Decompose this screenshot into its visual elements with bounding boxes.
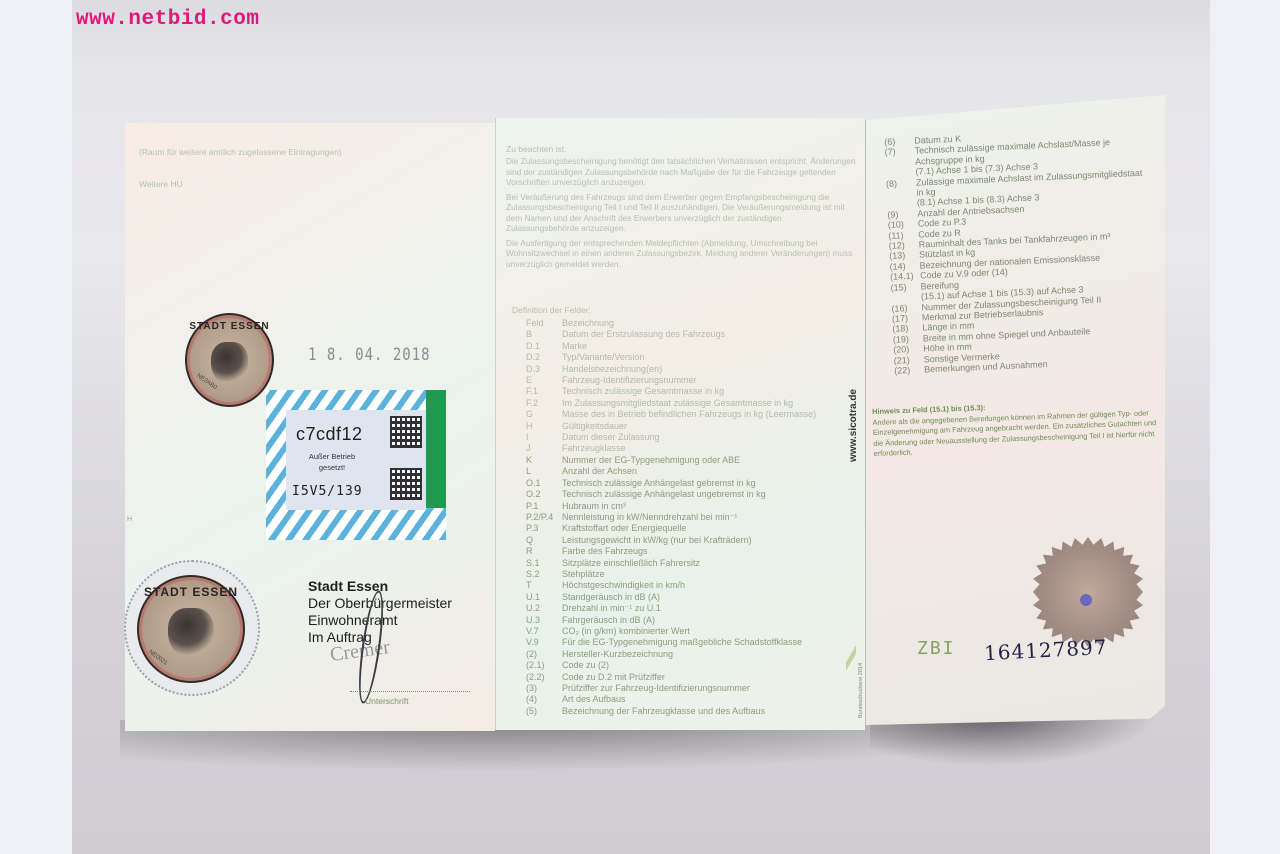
definition-row: FeldBezeichnung — [526, 318, 816, 329]
definition-row: P.3Kraftstoffart oder Energiequelle — [526, 523, 816, 534]
hologram-dot — [1080, 594, 1092, 606]
definition-code: (4) — [526, 694, 562, 705]
sticker-serial: I5V5/139 — [292, 484, 363, 499]
definition-desc: Datum dieser Zulassung — [562, 432, 660, 443]
definition-desc: Stehplätze — [562, 569, 605, 580]
definition-code: L — [526, 466, 562, 477]
definition-code: Q — [526, 535, 562, 546]
tyre-hint: Hinweis zu Feld (15.1) bis (15.3): Ander… — [872, 397, 1164, 460]
definition-row: KNummer der EG-Typgenehmigung oder ABE — [526, 455, 816, 466]
definition-desc: Höchstgeschwindigkeit in km/h — [562, 580, 685, 591]
fields-list: (6)Datum zu K(7)Technisch zulässige maxi… — [884, 126, 1151, 376]
definition-desc: Marke — [562, 341, 587, 352]
definition-code: V.7 — [526, 626, 562, 637]
definition-row: LAnzahl der Achsen — [526, 466, 816, 477]
definition-code: U.3 — [526, 615, 562, 626]
vertical-print-note: Bundesdruckerei 2014 — [858, 663, 864, 718]
qr-code-icon — [390, 416, 422, 448]
definition-desc: Prüfziffer zur Fahrzeug-Identifizierungs… — [562, 683, 750, 694]
definition-desc: Bezeichnung — [562, 318, 614, 329]
definition-code: R — [526, 546, 562, 557]
definition-code: D.2 — [526, 352, 562, 363]
definition-row: QLeistungsgewicht in kW/kg (nur bei Kraf… — [526, 535, 816, 546]
definition-desc: Farbe des Fahrzeugs — [562, 546, 648, 557]
coat-of-arms-icon — [168, 608, 214, 658]
definition-code: D.1 — [526, 341, 562, 352]
seal-text: STADT ESSEN — [187, 321, 272, 332]
definition-row: U.1Standgeräusch in dB (A) — [526, 592, 816, 603]
definition-desc: Technisch zulässige Anhängelast ungebrem… — [562, 489, 766, 500]
definition-desc: Hubraum in cm³ — [562, 501, 626, 512]
coat-of-arms-icon — [211, 342, 248, 385]
definitions-list: FeldBezeichnungBDatum der Erstzulassung … — [526, 318, 816, 717]
definition-code: D.3 — [526, 364, 562, 375]
definition-desc: Drehzahl in min⁻¹ zu U.1 — [562, 603, 661, 614]
field-code: (22) — [894, 364, 924, 376]
date-stamp: 1 8. 04. 2018 — [308, 345, 431, 364]
city-seal-bottom: STADT ESSEN NE0021 — [137, 575, 245, 683]
definition-code: J — [526, 443, 562, 454]
definition-desc: Masse des in Betrieb befindlichen Fahrze… — [562, 409, 816, 420]
definition-row: (3)Prüfziffer zur Fahrzeug-Identifizieru… — [526, 683, 816, 694]
definition-row: JFahrzeugklasse — [526, 443, 816, 454]
definition-code: Feld — [526, 318, 562, 329]
definition-desc: Für die EG-Typgenehmigung maßgebliche Sc… — [562, 637, 802, 648]
definition-row: O.2Technisch zulässige Anhängelast ungeb… — [526, 489, 816, 500]
definition-desc: Bezeichnung der Fahrzeugklasse und des A… — [562, 706, 765, 717]
definition-row: (4)Art des Aufbaus — [526, 694, 816, 705]
zbi-label: ZBI — [917, 638, 956, 659]
notes-paragraph: Die Zulassungsbescheinigung benötigt den… — [506, 156, 856, 188]
definitions-title: Definition der Felder: — [512, 305, 591, 315]
definition-code: V.9 — [526, 637, 562, 648]
definition-row: (5)Bezeichnung der Fahrzeugklasse und de… — [526, 706, 816, 717]
definition-code: P.1 — [526, 501, 562, 512]
definition-row: D.1Marke — [526, 341, 816, 352]
seal-code: NE0021 — [147, 649, 168, 666]
definition-desc: Datum der Erstzulassung des Fahrzeugs — [562, 329, 725, 340]
definition-row: U.3Fahrgeräusch in dB (A) — [526, 615, 816, 626]
sticker-status-line1: Außer Betrieb — [300, 451, 364, 462]
definition-desc: Fahrzeug-Identifizierungsnummer — [562, 375, 697, 386]
definition-desc: Code zu D.2 mit Prüfziffer — [562, 672, 665, 683]
notes-paragraph: Die Ausfertigung der entsprechenden Meld… — [506, 238, 856, 270]
definition-row: P.1Hubraum in cm³ — [526, 501, 816, 512]
registration-document: (Raum für weitere amtlich zugelassene Ei… — [0, 0, 1280, 854]
definition-desc: Nummer der EG-Typgenehmigung oder ABE — [562, 455, 740, 466]
definition-row: (2.2)Code zu D.2 mit Prüfziffer — [526, 672, 816, 683]
definition-desc: Hersteller-Kurzbezeichnung — [562, 649, 673, 660]
definition-desc: Leistungsgewicht in kW/kg (nur bei Kraft… — [562, 535, 752, 546]
definition-desc: Im Zulassungsmitgliedstaat zulässige Ges… — [562, 398, 793, 409]
h-label: H — [127, 516, 132, 523]
definition-desc: CO₂ (in g/km) kombinierter Wert — [562, 626, 690, 637]
definition-row: V.9Für die EG-Typgenehmigung maßgebliche… — [526, 637, 816, 648]
middle-panel: Zu beachten ist: Die Zulassungsbescheini… — [495, 118, 865, 730]
definition-code: (3) — [526, 683, 562, 694]
definition-row: S.1Sitzplätze einschließlich Fahrersitz — [526, 558, 816, 569]
definition-desc: Fahrzeugklasse — [562, 443, 626, 454]
definition-row: F.1Technisch zulässige Gesamtmasse in kg — [526, 386, 816, 397]
sticker-label: c7cdf12 Außer Betrieb gesetzt! I5V5/139 — [286, 410, 426, 510]
definition-desc: Art des Aufbaus — [562, 694, 626, 705]
definition-row: BDatum der Erstzulassung des Fahrzeugs — [526, 329, 816, 340]
notes-body: Die Zulassungsbescheinigung benötigt den… — [506, 156, 856, 273]
sticker-code: c7cdf12 — [296, 424, 363, 445]
definition-row: IDatum dieser Zulassung — [526, 432, 816, 443]
definition-code: P.2/P.4 — [526, 512, 562, 523]
vertical-url: www.sicotra.de — [848, 389, 859, 462]
definition-code: K — [526, 455, 562, 466]
printer-logo-icon — [846, 645, 856, 671]
definition-code: I — [526, 432, 562, 443]
sticker-status-line2: gesetzt! — [300, 462, 364, 473]
definition-code: T — [526, 580, 562, 591]
notes-title: Zu beachten ist: — [506, 144, 566, 154]
definition-row: RFarbe des Fahrzeugs — [526, 546, 816, 557]
signature-label: Unterschrift — [365, 696, 408, 706]
definition-code: O.2 — [526, 489, 562, 500]
definition-row: THöchstgeschwindigkeit in km/h — [526, 580, 816, 591]
definition-row: (2)Hersteller-Kurzbezeichnung — [526, 649, 816, 660]
definition-row: U.2Drehzahl in min⁻¹ zu U.1 — [526, 603, 816, 614]
definition-desc: Code zu (2) — [562, 660, 609, 671]
definition-desc: Kraftstoffart oder Energiequelle — [562, 523, 686, 534]
definition-code: G — [526, 409, 562, 420]
definition-code: (2) — [526, 649, 562, 660]
definition-row: O.1Technisch zulässige Anhängelast gebre… — [526, 478, 816, 489]
definition-code: B — [526, 329, 562, 340]
definition-row: F.2Im Zulassungsmitgliedstaat zulässige … — [526, 398, 816, 409]
definition-code: (2.1) — [526, 660, 562, 671]
notes-paragraph: Bei Veräußerung des Fahrzeugs sind dem E… — [506, 192, 856, 234]
definition-row: V.7CO₂ (in g/km) kombinierter Wert — [526, 626, 816, 637]
definition-row: D.3Handelsbezeichnung(en) — [526, 364, 816, 375]
definition-code: S.1 — [526, 558, 562, 569]
definition-row: D.2Typ/Variante/Version — [526, 352, 816, 363]
definition-code: F.2 — [526, 398, 562, 409]
room-note: (Raum für weitere amtlich zugelassene Ei… — [139, 147, 342, 157]
definition-code: E — [526, 375, 562, 386]
definition-code: U.1 — [526, 592, 562, 603]
definition-desc: Handelsbezeichnung(en) — [562, 364, 662, 375]
definition-code: U.2 — [526, 603, 562, 614]
definition-desc: Nennleistung in kW/Nenndrehzahl bei min⁻… — [562, 512, 737, 523]
hu-label: Weitere HU — [139, 179, 183, 189]
definition-desc: Technisch zulässige Anhängelast gebremst… — [562, 478, 756, 489]
definition-code: P.3 — [526, 523, 562, 534]
definition-desc: Fahrgeräusch in dB (A) — [562, 615, 655, 626]
city-seal-top: STADT ESSEN NE2AB0 — [185, 313, 274, 407]
definition-desc: Technisch zulässige Gesamtmasse in kg — [562, 386, 724, 397]
definition-row: EFahrzeug-Identifizierungsnummer — [526, 375, 816, 386]
definition-desc: Gültigkeitsdauer — [562, 421, 627, 432]
definition-code: O.1 — [526, 478, 562, 489]
definition-row: (2.1)Code zu (2) — [526, 660, 816, 671]
qr-code-icon — [390, 468, 422, 500]
definition-desc: Anzahl der Achsen — [562, 466, 637, 477]
definition-row: HGültigkeitsdauer — [526, 421, 816, 432]
definition-desc: Typ/Variante/Version — [562, 352, 644, 363]
definition-code: (5) — [526, 706, 562, 717]
sticker-status: Außer Betrieb gesetzt! — [300, 451, 364, 473]
definition-row: P.2/P.4Nennleistung in kW/Nenndrehzahl b… — [526, 512, 816, 523]
definition-row: S.2Stehplätze — [526, 569, 816, 580]
definition-code: H — [526, 421, 562, 432]
definition-desc: Sitzplätze einschließlich Fahrersitz — [562, 558, 700, 569]
signature-line — [350, 691, 470, 692]
seal-text: STADT ESSEN — [139, 585, 243, 599]
definition-code: S.2 — [526, 569, 562, 580]
definition-code: (2.2) — [526, 672, 562, 683]
definition-code: F.1 — [526, 386, 562, 397]
definition-desc: Standgeräusch in dB (A) — [562, 592, 660, 603]
definition-row: GMasse des in Betrieb befindlichen Fahrz… — [526, 409, 816, 420]
sticker-green-band — [426, 390, 446, 508]
